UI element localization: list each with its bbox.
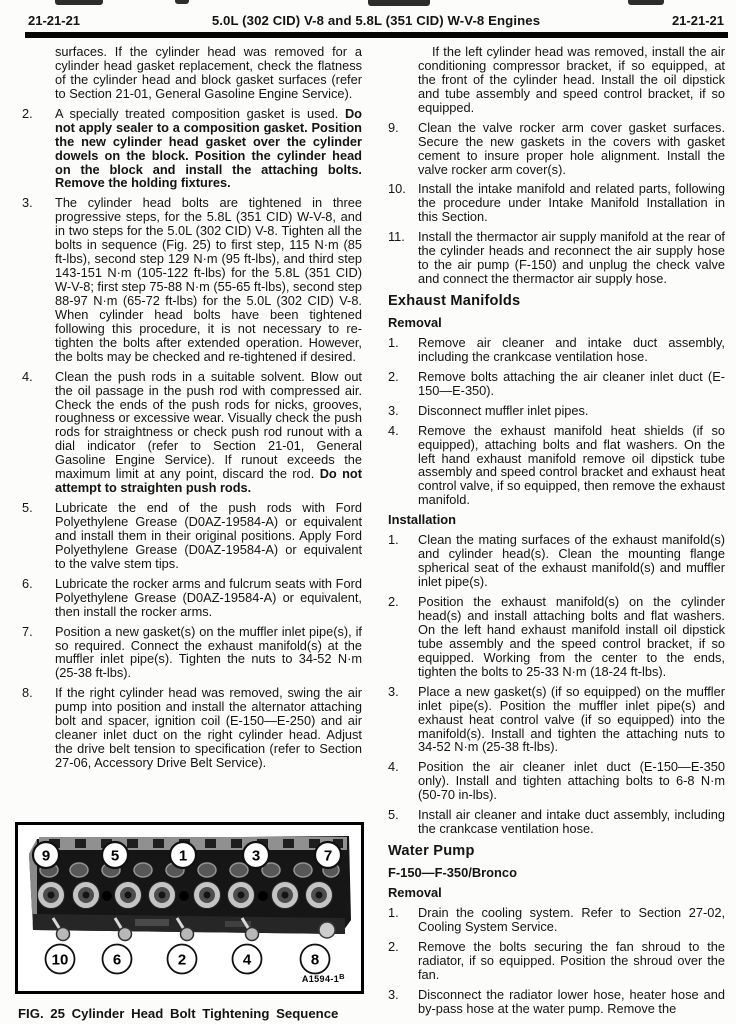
item-text: Clean the valve rocker arm cover gasket … (418, 120, 725, 177)
subheading-removal: Removal (388, 886, 725, 900)
item-number: 4. (388, 424, 418, 508)
figure-code: A1594-1B (302, 972, 345, 984)
item-number: 2. (22, 107, 55, 191)
callout-number: 7 (324, 848, 332, 865)
list-item: 1. Drain the cooling system. Refer to Se… (388, 906, 725, 934)
item-number: 1. (388, 906, 418, 934)
document-title: 5.0L (302 CID) V-8 and 5.8L (351 CID) W-… (148, 13, 604, 28)
page-header: 21-21-21 5.0L (302 CID) V-8 and 5.8L (35… (28, 13, 724, 28)
item-text: A specially treated composition gasket i… (55, 106, 345, 121)
list-item: 3. Disconnect muffler inlet pipes. (388, 404, 725, 418)
list-item: 1. Clean the mating surfaces of the exha… (388, 533, 725, 589)
list-item: 4. Clean the push rods in a suitable sol… (22, 370, 362, 495)
item-number: 2. (388, 370, 418, 398)
callout-number: 9 (42, 848, 50, 865)
list-item: 2. Remove bolts attaching the air cleane… (388, 370, 725, 398)
callout-number: 1 (179, 848, 187, 865)
item-number: 6. (22, 577, 55, 619)
list-item: 6. Lubricate the rocker arms and fulcrum… (22, 577, 362, 619)
item-number: 3. (22, 196, 55, 363)
item-text: If the right cylinder head was removed, … (55, 685, 362, 770)
scan-artifact (628, 0, 664, 5)
list-item: 7. Position a new gasket(s) on the muffl… (22, 625, 362, 681)
item-text: Install air cleaner and intake duct asse… (418, 807, 725, 836)
list-item: 5. Install air cleaner and intake duct a… (388, 808, 725, 836)
item-text: Position a new gasket(s) on the muffler … (55, 624, 362, 681)
right-column: If the left cylinder head was removed, i… (388, 45, 725, 1022)
figure-25: 9 5 1 3 7 10 6 2 4 8 (15, 822, 364, 1021)
callout-number: 3 (252, 848, 260, 865)
list-item: 1. Remove air cleaner and intake duct as… (388, 336, 725, 364)
callout-number: 5 (111, 848, 119, 865)
item-number: 4. (388, 760, 418, 802)
item-number: 4. (22, 370, 55, 495)
item-text: surfaces. If the cylinder head was remov… (55, 44, 362, 101)
callout-number: 2 (178, 952, 186, 969)
item-number: 2. (388, 940, 418, 982)
scan-artifact (368, 0, 430, 6)
list-item: 10. Install the intake manifold and rela… (388, 182, 725, 224)
left-column: surfaces. If the cylinder head was remov… (22, 45, 362, 776)
item-text: Install the intake manifold and related … (418, 181, 725, 224)
item-text: Disconnect the radiator lower hose, heat… (418, 987, 725, 1016)
list-item: 3. The cylinder head bolts are tightened… (22, 196, 362, 363)
subheading-installation: Installation (388, 513, 725, 527)
list-item: 2. A specially treated composition gaske… (22, 107, 362, 191)
scan-artifact (55, 0, 103, 5)
figure-caption: FIG. 25 Cylinder Head Bolt Tightening Se… (18, 1006, 364, 1021)
item-number: 3. (388, 685, 418, 755)
item-number: 11. (388, 230, 418, 286)
item-number: 1. (388, 533, 418, 589)
section-heading-exhaust-manifolds: Exhaust Manifolds (388, 294, 725, 310)
item-number: 9. (388, 121, 418, 177)
item-number: 3. (388, 988, 418, 1016)
subheading-models: F-150—F-350/Bronco (388, 866, 725, 880)
item-number (388, 45, 418, 115)
item-text: The cylinder head bolts are tightened in… (55, 195, 362, 363)
list-item: 2. Remove the bolts securing the fan shr… (388, 940, 725, 982)
callout-number: 8 (311, 952, 319, 969)
item-number: 5. (22, 501, 55, 571)
item-text: Install the thermactor air supply manifo… (418, 229, 725, 286)
item-number: 1. (388, 336, 418, 364)
subheading-removal: Removal (388, 316, 725, 330)
callout-number: 10 (52, 952, 69, 969)
item-text: Remove the exhaust manifold heat shields… (418, 423, 725, 508)
item-text: Lubricate the rocker arms and fulcrum se… (55, 576, 362, 619)
item-number: 7. (22, 625, 55, 681)
list-item: 4. Remove the exhaust manifold heat shie… (388, 424, 725, 508)
paragraph: If the left cylinder head was removed, i… (388, 45, 725, 115)
item-number: 5. (388, 808, 418, 836)
item-text: Clean the push rods in a suitable solven… (55, 369, 362, 482)
list-item: 11. Install the thermactor air supply ma… (388, 230, 725, 286)
item-text: Place a new gasket(s) (if so equipped) o… (418, 684, 725, 755)
scan-artifact (175, 0, 189, 4)
item-text: Clean the mating surfaces of the exhaust… (418, 532, 725, 589)
page-number-right: 21-21-21 (604, 13, 724, 28)
list-item: surfaces. If the cylinder head was remov… (22, 45, 362, 101)
paragraph-text: If the left cylinder head was removed, i… (418, 44, 725, 115)
item-text: Position the air cleaner inlet duct (E-1… (418, 759, 725, 802)
manual-page: 21-21-21 5.0L (302 CID) V-8 and 5.8L (35… (0, 0, 736, 1024)
item-number (22, 45, 55, 101)
item-number: 3. (388, 404, 418, 418)
item-text: Drain the cooling system. Refer to Secti… (418, 905, 725, 934)
item-text: Disconnect muffler inlet pipes. (418, 403, 588, 418)
list-item: 2. Position the exhaust manifold(s) on t… (388, 595, 725, 679)
header-rule (25, 32, 728, 38)
list-item: 8. If the right cylinder head was remove… (22, 686, 362, 770)
list-item: 9. Clean the valve rocker arm cover gask… (388, 121, 725, 177)
list-item: 3. Disconnect the radiator lower hose, h… (388, 988, 725, 1016)
item-text: Remove air cleaner and intake duct assem… (418, 335, 725, 364)
item-number: 8. (22, 686, 55, 770)
item-text: Position the exhaust manifold(s) on the … (418, 594, 725, 679)
callout-number: 4 (243, 952, 252, 969)
section-heading-water-pump: Water Pump (388, 844, 725, 860)
page-number-left: 21-21-21 (28, 13, 148, 28)
item-text: Remove the bolts securing the fan shroud… (418, 939, 725, 982)
item-text: Lubricate the end of the push rods with … (55, 500, 362, 571)
callout-number: 6 (113, 952, 121, 969)
item-number: 2. (388, 595, 418, 679)
cylinder-head-photo: 9 5 1 3 7 10 6 2 4 8 (15, 822, 364, 994)
item-text: Remove bolts attaching the air cleaner i… (418, 369, 725, 398)
list-item: 3. Place a new gasket(s) (if so equipped… (388, 685, 725, 755)
list-item: 4. Position the air cleaner inlet duct (… (388, 760, 725, 802)
list-item: 5. Lubricate the end of the push rods wi… (22, 501, 362, 571)
item-number: 10. (388, 182, 418, 224)
